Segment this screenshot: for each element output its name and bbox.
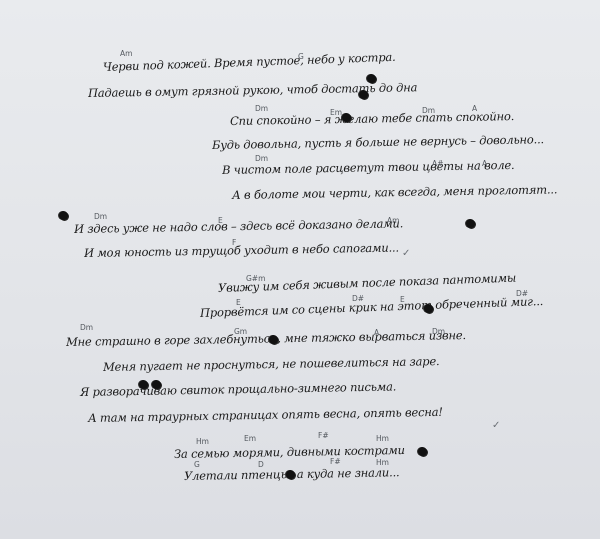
chord-label: F# [318,431,329,440]
chord-label: E [218,216,223,225]
chord-label: A [482,159,487,168]
chord-label: D [258,460,264,469]
chord-label: Hm [376,434,389,443]
lyric-line: Будь довольна, пусть я больше не вернусь… [212,132,544,152]
chord-label: G [194,460,200,469]
lyric-line: А в болоте мои черти, как всегда, меня п… [232,182,558,202]
ink-blot-icon [139,380,148,389]
lyric-line: Черви под кожей. Время пустое, небо у ко… [103,50,396,74]
ink-blot-icon [418,447,427,456]
ink-blot-icon [424,304,433,313]
lyrics-sheet: Черви под кожей. Время пустое, небо у ко… [0,0,600,539]
ink-blot-icon [152,380,161,389]
chord-label: A [374,328,379,337]
lyric-line: И здесь уже не надо слов – здесь всё док… [74,216,403,236]
lyric-line: А там на траурных страницах опять весна,… [88,405,443,425]
chord-label: Dm [80,323,93,332]
ink-blot-icon [466,219,475,228]
chord-label: G [298,52,304,61]
ink-blot-icon [359,90,368,99]
ink-blot-icon [286,470,295,479]
lyric-line: Меня пугает не проснуться, не пошевелить… [103,354,440,374]
chord-label: F [232,238,236,247]
ink-blot-icon [269,335,278,344]
chord-label: Am [387,216,399,225]
lyric-line: Прорвётся им со сцены крик на этот обреч… [200,294,544,320]
chord-label: Hm [196,437,209,446]
lyric-line: Я разворачиваю свиток прощально-зимнего … [80,379,396,399]
chord-label: E [236,298,241,307]
chord-label: A# [432,159,443,168]
chord-label: F# [330,457,341,466]
chord-label: E [400,295,405,304]
chord-label: Hm [376,458,389,467]
chord-label: Dm [94,212,107,221]
lyric-line: Падаешь в омут грязной рукою, чтоб доста… [88,80,417,100]
chord-label: D# [352,294,364,303]
chord-label: A [472,104,477,113]
ink-blot-icon [367,74,376,83]
chord-label: Em [330,108,342,117]
chord-label: G#m [246,274,265,283]
checkmark-icon: ✓ [492,420,500,431]
chord-label: D# [516,289,528,298]
ink-blot-icon [59,211,68,220]
chord-label: Gm [234,327,247,336]
chord-label: Dm [422,106,435,115]
ink-blot-icon [342,113,351,122]
chord-label: Dm [255,104,268,113]
chord-label: Dm [255,154,268,163]
chord-label: Em [244,434,256,443]
lyric-line: Мне страшно в горе захлебнуться, мне тяж… [66,328,466,349]
chord-label: Am [120,49,132,58]
lyric-line: И моя юность из трущоб уходит в небо сап… [84,241,399,260]
checkmark-icon: ✓ [402,248,410,259]
chord-label: Dm [432,327,445,336]
